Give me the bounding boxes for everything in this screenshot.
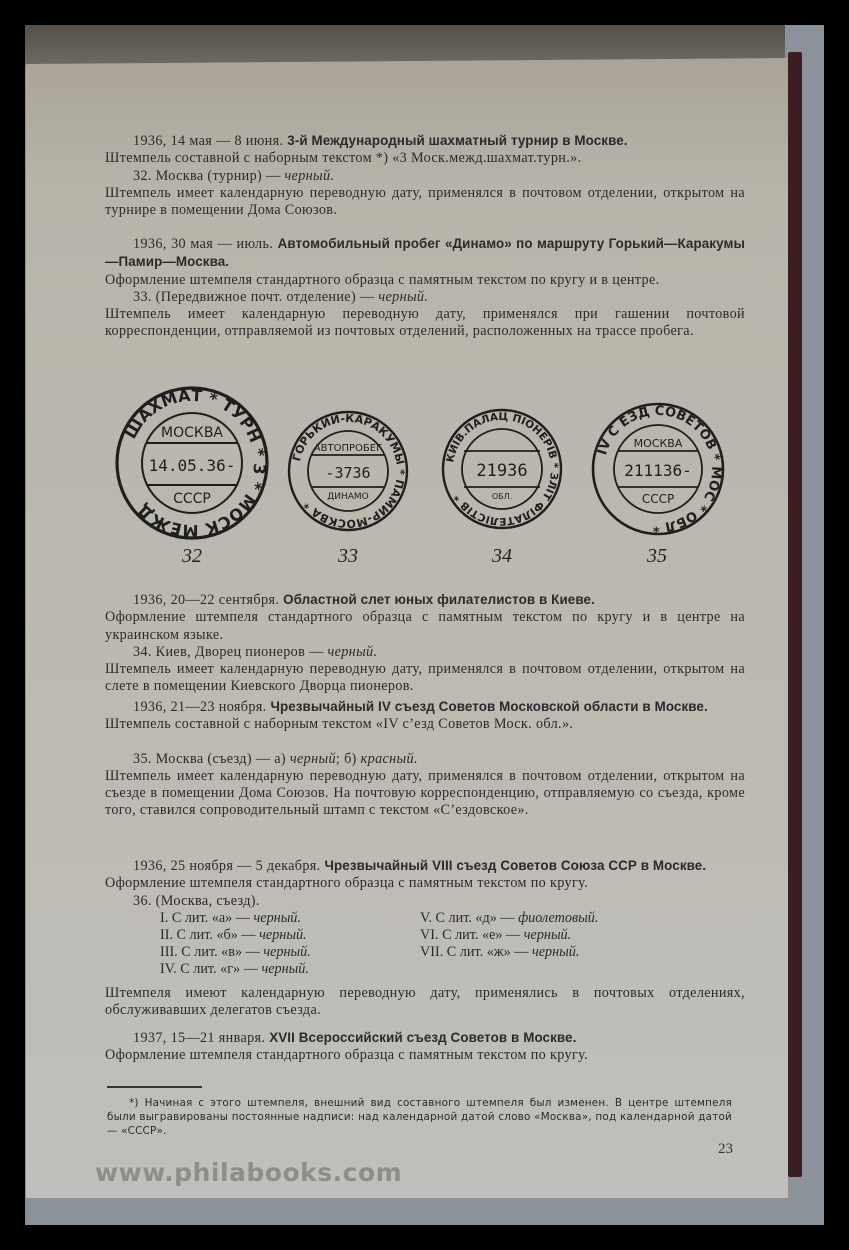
variant-item: I. С лит. «а» — черный. xyxy=(160,910,420,927)
section-date: 1936, 30 мая — июль. xyxy=(133,236,273,252)
catalog-item-35: 35. Москва (съезд) — а) черный; б) красн… xyxy=(105,751,745,768)
section-event: 3-й Международный шахматный турнир в Мос… xyxy=(287,133,627,148)
section-kiev-rally: 1936, 20—22 сентября. Областной слет юны… xyxy=(105,591,745,696)
svg-text:21936: 21936 xyxy=(476,461,527,481)
svg-text:-3736: -3736 xyxy=(325,464,370,482)
section-date: 1936, 20—22 сентября. xyxy=(133,592,279,608)
stamp-number-34: 34 xyxy=(472,545,532,568)
svg-text:ОБЛ.: ОБЛ. xyxy=(492,492,512,501)
catalog-item-34: 34. Киев, Дворец пионеров — черный. xyxy=(105,644,745,661)
variant-list: I. С лит. «а» — черный. V. С лит. «д» — … xyxy=(105,910,745,978)
page-number: 23 xyxy=(718,1141,733,1158)
section-desc: Оформление штемпеля стандартного образца… xyxy=(105,1047,745,1064)
svg-text:СССР: СССР xyxy=(173,491,211,507)
variant-item: VII. С лит. «ж» — черный. xyxy=(420,944,720,961)
section-desc: Оформление штемпеля стандартного образца… xyxy=(105,609,745,644)
section-date: 1936, 25 ноября — 5 декабря. xyxy=(133,858,321,874)
stamp-number-32: 32 xyxy=(162,545,222,568)
postmark-33: ГОРЬКИЙ-КАРАКУМЫ * ПАМИР-МОСКВА * АВТОПР… xyxy=(286,409,410,533)
book-cover-edge xyxy=(788,52,802,1177)
section-desc: Штемпель составной с наборным текстом *)… xyxy=(105,150,745,167)
section-note: Штемпеля имеют календарную переводную да… xyxy=(105,985,745,1020)
svg-text:АВТОПРОБЕГ: АВТОПРОБЕГ xyxy=(314,443,382,454)
variant-item xyxy=(420,961,720,978)
variant-item: V. С лит. «д» — фиолетовый. xyxy=(420,910,720,927)
section-chess-tournament: 1936, 14 мая — 8 июня. 3-й Международный… xyxy=(105,132,745,219)
section-date: 1936, 14 мая — 8 июня. xyxy=(133,133,283,149)
footnote: *) Начиная с этого штемпеля, внешний вид… xyxy=(107,1096,732,1138)
stamp-illustrations: ШАХМАТ * ТУРН * 3 * МОСК МЕЖД МОСКВА 14.… xyxy=(100,385,760,575)
variant-item: II. С лит. «б» — черный. xyxy=(160,927,420,944)
footnote-divider xyxy=(107,1086,202,1088)
section-note: Штемпель имеет календарную переводную да… xyxy=(105,306,745,341)
variant-item: VI. С лит. «е» — черный. xyxy=(420,927,720,944)
section-desc: Оформление штемпеля стандартного образца… xyxy=(105,272,745,289)
section-date: 1936, 21—23 ноября. xyxy=(133,699,267,715)
variant-item: III. С лит. «в» — черный. xyxy=(160,944,420,961)
postmark-34: КИЇВ.ПАЛАЦ ПІОНЕРІВ * ЗЛІТ ФІЛАТЕЛІСТІВ … xyxy=(440,407,564,531)
svg-text:СССР: СССР xyxy=(642,492,674,506)
section-desc: Штемпель составной с наборным текстом «I… xyxy=(105,716,745,733)
postmark-32: ШАХМАТ * ТУРН * 3 * МОСК МЕЖД МОСКВА 14.… xyxy=(114,385,270,541)
svg-text:ДИНАМО: ДИНАМО xyxy=(327,492,369,502)
section-ussr-congress: 1936, 25 ноября — 5 декабря. Чрезвычайны… xyxy=(105,857,745,1019)
section-event: Чрезвычайный VIII съезд Советов Союза СС… xyxy=(325,858,707,873)
section-note: Штемпель имеет календарную переводную да… xyxy=(105,768,745,820)
variant-item: IV. С лит. «г» — черный. xyxy=(160,961,420,978)
svg-text:МОСКВА: МОСКВА xyxy=(161,425,223,441)
section-event: Областной слет юных филателистов в Киеве… xyxy=(283,592,595,607)
section-note: Штемпель имеет календарную переводную да… xyxy=(105,185,745,220)
catalog-item-32: 32. Москва (турнир) — черный. xyxy=(105,168,745,185)
section-desc: Оформление штемпеля стандартного образца… xyxy=(105,875,745,892)
postmark-35: IV С ЕЗД СОВЕТОВ * МОС * ОБЛ * МОСКВА 21… xyxy=(590,401,726,537)
catalog-item-33: 33. (Передвижное почт. отделение) — черн… xyxy=(105,289,745,306)
section-event: XVII Всероссийский съезд Советов в Москв… xyxy=(269,1030,576,1045)
section-note: Штемпель имеет календарную переводную да… xyxy=(105,661,745,696)
section-russian-congress: 1937, 15—21 января. XVII Всероссийский с… xyxy=(105,1029,745,1065)
section-event: Чрезвычайный IV съезд Советов Московской… xyxy=(270,699,707,714)
section-date: 1937, 15—21 января. xyxy=(133,1030,265,1046)
svg-text:14.05.36-: 14.05.36- xyxy=(149,456,236,475)
stamp-number-33: 33 xyxy=(318,545,378,568)
watermark: www.philabooks.com xyxy=(95,1158,402,1187)
catalog-item-36: 36. (Москва, съезд). xyxy=(105,893,745,910)
section-moscow-oblast-congress: 1936, 21—23 ноября. Чрезвычайный IV съез… xyxy=(105,698,745,820)
svg-text:211136-: 211136- xyxy=(624,461,691,480)
svg-text:МОСКВА: МОСКВА xyxy=(634,437,683,450)
stamp-number-35: 35 xyxy=(627,545,687,568)
section-dinamo-rally: 1936, 30 мая — июль. Автомобильный пробе… xyxy=(105,235,745,341)
